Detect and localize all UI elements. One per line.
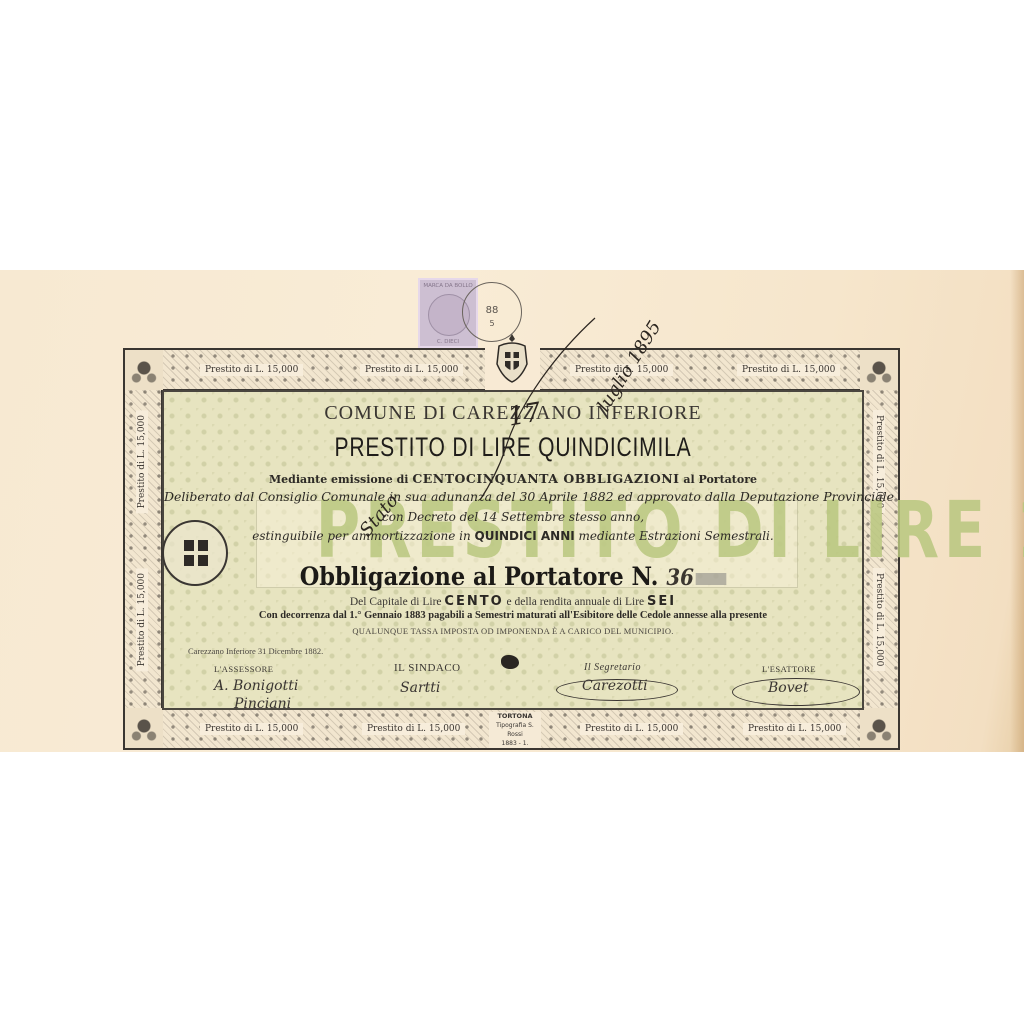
printer-city: TORTONA	[497, 712, 532, 720]
number-blank	[696, 573, 727, 585]
assessore-title: L'ASSESSORE	[214, 664, 273, 674]
place-date: Carezzano Inferiore 31 Dicembre 1882.	[188, 646, 323, 656]
capital-amount: CENTO	[444, 594, 503, 609]
redemption-term: QUINDICI ANNI	[475, 529, 575, 543]
redemption-line: estinguibile per ammortizzazione in QUIN…	[164, 529, 862, 543]
border-label: Prestito di L. 15,000	[362, 723, 465, 735]
border-label: Prestito di L. 15,000	[136, 568, 148, 671]
border-label: Prestito di L. 15,000	[743, 723, 846, 735]
esattore-title: L'ESATTORE	[762, 664, 816, 674]
municipal-seal	[162, 520, 228, 586]
ink-blot	[501, 655, 519, 669]
esattore-signature: Bovet	[768, 680, 809, 696]
segretario-title: Il Segretario	[584, 662, 641, 673]
segretario-signature: Carezotti	[582, 678, 648, 694]
corner-ornament	[860, 708, 898, 748]
corner-ornament	[860, 350, 898, 390]
capital-middle: e della rendita annuale di Lire	[507, 596, 645, 608]
capital-prefix: Del Capitale di Lire	[350, 596, 442, 608]
sindaco-signature: Sartti	[400, 680, 440, 696]
assessore-signature: A. Bonigotti	[214, 678, 298, 694]
emission-prefix: Mediante emissione di	[269, 473, 409, 486]
border-label: Prestito di L. 15,000	[200, 723, 303, 735]
annual-yield: SEI	[647, 594, 676, 609]
revenue-stamp-top-text: MARCA DA BOLLO	[420, 283, 476, 289]
corner-ornament	[125, 350, 163, 390]
border-label: Prestito di L. 15,000	[737, 364, 840, 376]
sindaco-title: IL SINDACO	[394, 662, 461, 674]
redemption-suffix: mediante Estrazioni Semestrali.	[579, 529, 774, 543]
bond-number: 36	[666, 565, 694, 591]
effective-date-text: Con decorrenza dal 1.° Gennaio 1883 paga…	[164, 610, 862, 621]
corner-ornament	[125, 708, 163, 748]
tax-note: QUALUNQUE TASSA IMPOSTA OD IMPONENDA È A…	[164, 626, 862, 636]
capital-line: Del Capitale di Lire CENTO e della rendi…	[164, 594, 862, 609]
assessore-signature-2: Pinciani	[234, 696, 291, 712]
bond-heading-text: Obbligazione al Portatore N.	[300, 562, 659, 591]
printer-imprint: TORTONA Tipografia S. Rossi 1883 - 1.	[489, 712, 541, 748]
seal-cross-icon	[184, 540, 208, 566]
bond-heading: Obbligazione al Portatore N. 36	[199, 562, 827, 591]
pen-stroke	[410, 310, 610, 510]
decree-text: con Decreto del 14 Settembre stesso anno…	[164, 510, 862, 524]
border-label: Prestito di L. 15,000	[200, 364, 303, 376]
border-label: Prestito di L. 15,000	[136, 410, 148, 513]
border-label: Prestito di L. 15,000	[580, 723, 683, 735]
border-label: Prestito di L. 15,000	[873, 568, 885, 671]
printer-code: 1883 - 1.	[502, 740, 529, 747]
printer-name: Tipografia S. Rossi	[496, 722, 534, 738]
border-left: Prestito di L. 15,000 Prestito di L. 15,…	[125, 350, 162, 748]
emission-suffix: al Portatore	[683, 473, 757, 486]
